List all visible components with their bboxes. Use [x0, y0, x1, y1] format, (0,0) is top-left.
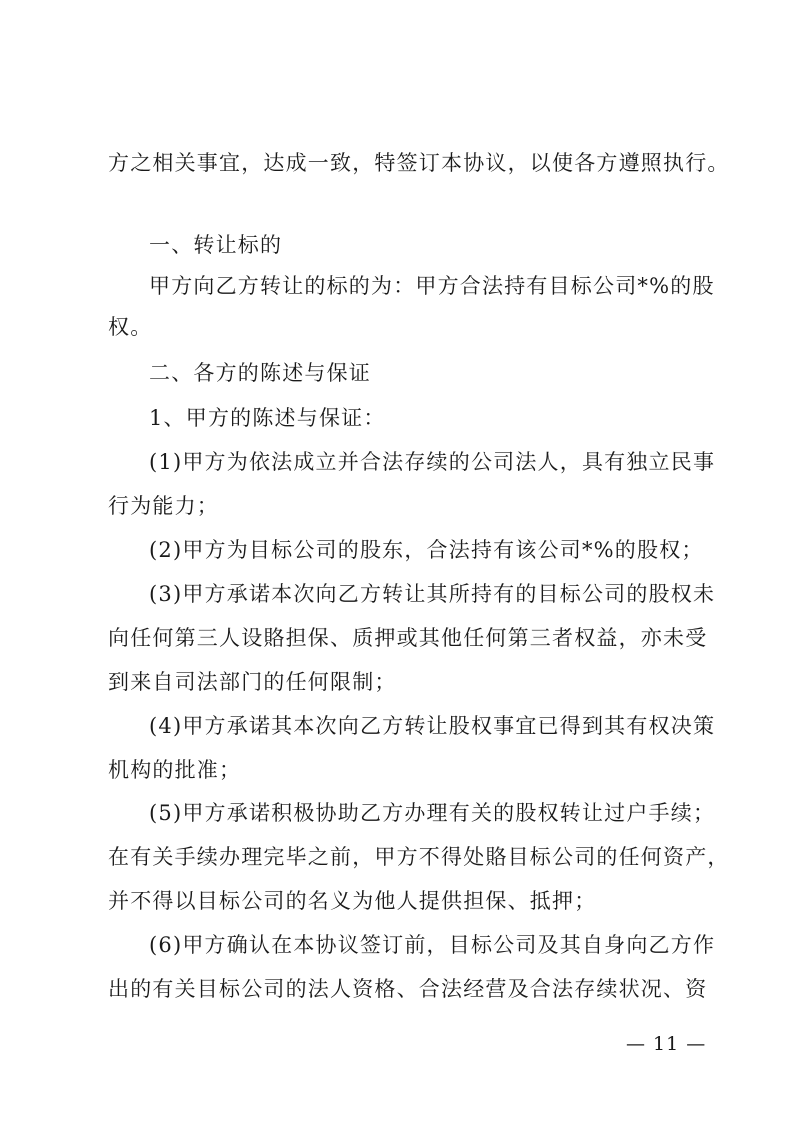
clause-1-line-2: 行为能力；	[108, 493, 708, 519]
subsection-heading-1: 1、甲方的陈述与保证：	[149, 405, 749, 431]
clause-5-line-3: 并不得以目标公司的名义为他人提供担保、抵押；	[108, 888, 708, 914]
document-page: 方之相关事宜，达成一致，特签订本协议，以使各方遵照执行。 一、转让标的 甲方向乙…	[0, 0, 800, 1132]
clause-6-line-2: 出的有关目标公司的法人资格、合法经营及合法存续状况、资	[108, 976, 708, 1002]
clause-3-line-3: 到来自司法部门的任何限制；	[108, 669, 708, 695]
text-line-4: 权。	[108, 314, 708, 340]
text-line-1: 方之相关事宜，达成一致，特签订本协议，以使各方遵照执行。	[108, 150, 708, 176]
clause-5-line-2: 在有关手续办理完毕之前，甲方不得处賂目标公司的任何资产，	[108, 844, 708, 870]
clause-6-line-1: (6)甲方确认在本协议签订前，目标公司及其自身向乙方作	[149, 932, 749, 958]
clause-4-line-2: 机构的批准；	[108, 757, 708, 783]
clause-4-line-1: (4)甲方承诺其本次向乙方转让股权事宜已得到其有权决策	[149, 713, 749, 739]
clause-3-line-2: 向任何第三人设賂担保、质押或其他任何第三者权益，亦未受	[108, 625, 708, 651]
text-line-3: 甲方向乙方转让的标的为：甲方合法持有目标公司*%的股	[149, 273, 749, 299]
clause-5-line-1: (5)甲方承诺积极协助乙方办理有关的股权转让过户手续；	[149, 800, 749, 826]
clause-1-line-1: (1)甲方为依法成立并合法存续的公司法人，具有独立民事	[149, 449, 749, 475]
clause-2: (2)甲方为目标公司的股东，合法持有该公司*%的股权；	[149, 537, 749, 563]
page-number: — 11 —	[626, 1032, 706, 1056]
clause-3-line-1: (3)甲方承诺本次向乙方转让其所持有的目标公司的股权未	[149, 581, 749, 607]
section-heading-1: 一、转让标的	[149, 232, 749, 258]
section-heading-2: 二、各方的陈述与保证	[149, 360, 749, 386]
